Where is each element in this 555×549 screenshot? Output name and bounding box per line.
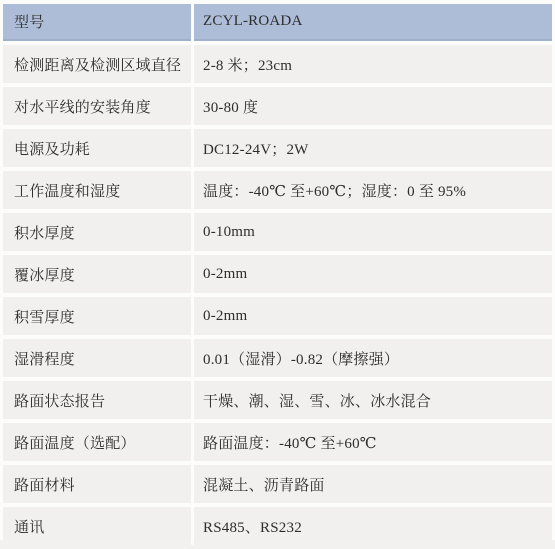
spec-value-cell: DC12-24V；2W [194,129,552,167]
spec-label-cell: 积水厚度 [3,213,191,251]
spec-label-cell: 积雪厚度 [3,297,191,335]
spec-label-cell: 电源及功耗 [3,129,191,167]
spec-label-cell: 检测距离及检测区域直径 [3,45,191,83]
spec-value-cell: 30-80 度 [194,87,552,125]
table-row: 积雪厚度 0-2mm [3,297,552,335]
spec-label-cell: 对水平线的安装角度 [3,87,191,125]
table-row: 积水厚度 0-10mm [3,213,552,251]
table-row: 覆冰厚度 0-2mm [3,255,552,293]
spec-label-cell: 路面温度（选配） [3,423,191,461]
header-label-cell: 型号 [3,4,191,41]
spec-value-cell: 干燥、潮、湿、雪、冰、冰水混合 [194,381,552,419]
header-value-cell: ZCYL-ROADA [194,4,552,41]
spec-value-cell: 温度：-40℃ 至+60℃；湿度：0 至 95% [194,171,552,209]
table-row: 检测距离及检测区域直径 2-8 米；23cm [3,45,552,83]
spec-value-cell: 0.01（湿滑）-0.82（摩擦强） [194,339,552,377]
table-row: 路面温度（选配） 路面温度：-40℃ 至+60℃ [3,423,552,461]
spec-label-cell: 工作温度和湿度 [3,171,191,209]
spec-value-cell: 路面温度：-40℃ 至+60℃ [194,423,552,461]
spec-value-cell: 0-10mm [194,213,552,251]
table-row: 对水平线的安装角度 30-80 度 [3,87,552,125]
table-row: 路面状态报告 干燥、潮、湿、雪、冰、冰水混合 [3,381,552,419]
spec-value-cell: 0-2mm [194,297,552,335]
column-divider [191,540,194,545]
spec-value-cell: 0-2mm [194,255,552,293]
table-row: 路面材料 混凝土、沥青路面 [3,465,552,503]
spec-table: 型号 ZCYL-ROADA 检测距离及检测区域直径 2-8 米；23cm 对水平… [0,0,555,549]
spec-label-cell: 覆冰厚度 [3,255,191,293]
next-row-cutoff-strip [0,540,555,549]
table-row: 电源及功耗 DC12-24V；2W [3,129,552,167]
table-header-row: 型号 ZCYL-ROADA [3,4,552,41]
spec-sheet-page: 型号 ZCYL-ROADA 检测距离及检测区域直径 2-8 米；23cm 对水平… [0,0,555,549]
spec-label-cell: 湿滑程度 [3,339,191,377]
spec-value-cell: 2-8 米；23cm [194,45,552,83]
table-row: 工作温度和湿度 温度：-40℃ 至+60℃；湿度：0 至 95% [3,171,552,209]
spec-label-cell: 路面材料 [3,465,191,503]
spec-value-cell: 混凝土、沥青路面 [194,465,552,503]
spec-label-cell: 路面状态报告 [3,381,191,419]
table-row: 湿滑程度 0.01（湿滑）-0.82（摩擦强） [3,339,552,377]
